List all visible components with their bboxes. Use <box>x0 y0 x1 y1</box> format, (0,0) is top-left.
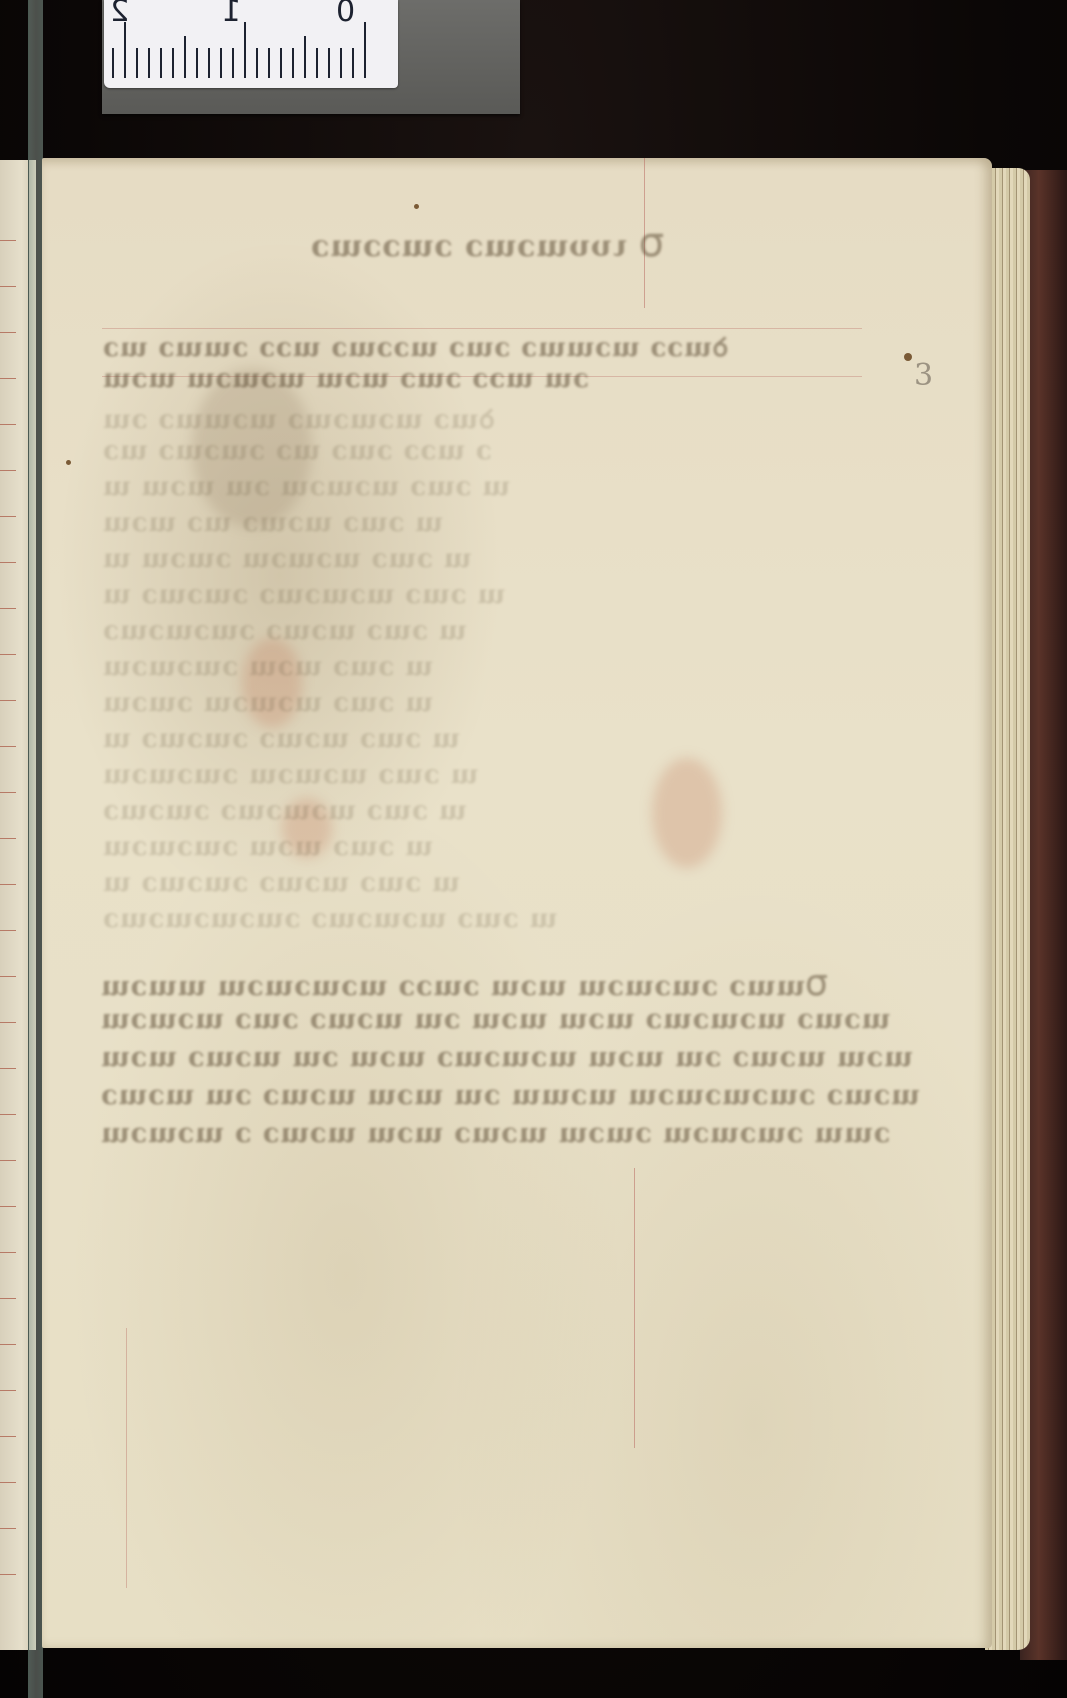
ruler-tick <box>256 48 258 78</box>
show-through-line: ɯ ɔɯɔ ɯɔɯɔɯɔ ɔɯɔɯɔ <box>102 796 466 826</box>
glass-plate-edge <box>28 0 43 1698</box>
ruler-label-0: 0 <box>336 0 355 29</box>
show-through-line: ɯ ɔɯɔ ɯɔɯ ɔɯɔɯɔɯ <box>102 832 433 862</box>
show-through-line: ɔ ɯɔɔ ɔɯɔ ɯɔ ɔɯɔɯɔ ɯɔ <box>102 436 492 466</box>
ruled-line-mark <box>0 608 16 609</box>
ruler-tick <box>352 48 354 78</box>
ruled-line-mark <box>0 1068 16 1069</box>
ruler-tick <box>160 48 162 78</box>
ruled-line-mark <box>0 240 16 241</box>
ruler-tick <box>124 22 126 78</box>
show-through-line: ɯɔɯɔ ɯɔɯɔɯɔ ɯɔɯ ɯɔɯ ɔɯ ɯɔɯɔ ɔɯɔ ɯɔɯɔɯ <box>100 1004 890 1035</box>
ink-speck <box>66 460 71 465</box>
ruler-tick <box>292 48 294 78</box>
ruler-label-2: 2 <box>110 0 129 29</box>
show-through-line: ɯ ɔɯɔ ɯɔɯɔɯ ɔɯ ɯɔɯ ɯ <box>102 472 510 502</box>
show-through-heading: Ꝺ ιυυɯɔɯɔ ɔɯɔɔɯɔ <box>310 224 663 265</box>
ruler-tick <box>184 36 186 78</box>
ruler-tick <box>364 22 366 78</box>
ruler-tick <box>244 22 246 78</box>
ruled-line-mark <box>0 976 16 977</box>
show-through-line: Ꝺɯɯɔ ɔɯɔɯɔɯ ɯɔɯ ɔɯɔɔ ɯɔɯɔɯɔɯ ɯɯɔɯ <box>100 966 827 1003</box>
ruler-tick <box>196 48 198 78</box>
ruled-line-mark <box>0 470 16 471</box>
stain <box>652 758 722 868</box>
show-through-line: ɯ ɔɯɔ ɯɔɯɔɯ ɔɯɔɯɔɯ <box>102 760 478 790</box>
ruled-line-mark <box>0 562 16 563</box>
show-through-line: ɯ ɔɯɔ ɯɔɯɔ ɯɔ ɯɔɯ <box>102 508 443 538</box>
ruled-line-mark <box>0 930 16 931</box>
ruled-line-mark <box>0 700 16 701</box>
ruled-line-mark <box>0 884 16 885</box>
show-through-line: ɯ ɔɯɔ ɯɔɯɔɯɔ ɔɯɔɯɔ ɯ <box>102 580 505 610</box>
show-through-line: ɯ ɔɯɔ ɯɔɯɔɯ ɔɯɔɯ ɯ <box>102 544 471 574</box>
ruled-line-mark <box>0 1206 16 1207</box>
ruler-tick <box>280 48 282 78</box>
ruled-line-mark <box>0 1252 16 1253</box>
show-through-line: ɔɯɯ ɔɯɔɯɔɯ ɔɯɔɯ ɯɔɯɔ ɯɔɯ ɯɔɯɔ ɔ ɯɔɯɔɯ <box>100 1118 890 1149</box>
show-through-line: ꝺɯɔɔ ɯɔɯɯɔ ɔɯɔ ɯɔɔɯɔ ɯɔɔ ɔɯɯɔ ɯɔ <box>102 328 728 364</box>
ruled-line-mark <box>0 1160 16 1161</box>
show-through-line: ɔɯ ɯɔɔ ɔɯɔ ɯɔɯ ɯɔɯɔɯ ɯɔɯ <box>102 364 589 394</box>
show-through-line: ɯɔɯɔ ɔɯɔɯɔɯɔɯ ɯɔɯɯ ɔɯ ɯɔɯ ɯɔɯɔ ɔɯ ɯɔɯɔ <box>100 1080 920 1111</box>
folio-number: 3 <box>914 358 933 393</box>
show-through-line: ɯ ɔɯɔ ɯɔɯɔ ɔɯɔɯɔ ɯ <box>102 868 460 898</box>
show-through-line: ɯ ɔɯɔ ɯɔɯɔ ɔɯɔɯɔ ɯ <box>102 724 460 754</box>
scale-ruler: 2 1 0 <box>104 0 398 88</box>
ruler-tick <box>232 48 234 78</box>
ruling-line <box>126 1328 127 1588</box>
ruler-tick <box>172 48 174 78</box>
ruler-tick <box>112 48 114 78</box>
ruled-line-mark <box>0 1022 16 1023</box>
ruler-tick <box>136 48 138 78</box>
ruled-line-mark <box>0 286 16 287</box>
ruled-line-mark <box>0 1436 16 1437</box>
ruled-line-mark <box>0 838 16 839</box>
ruled-line-mark <box>0 1344 16 1345</box>
ruled-line-mark <box>0 1482 16 1483</box>
show-through-line: ɯ ɔɯɔ ɯɔɯɔɯ ɔɯɔɯ <box>102 688 433 718</box>
show-through-line: ɯ ɔɯɔ ɯɔɯ ɔɯɔɯɔɯ <box>102 652 433 682</box>
ruled-line-mark <box>0 424 16 425</box>
ruled-line-mark <box>0 332 16 333</box>
ink-speck <box>904 353 912 361</box>
ruled-line-mark <box>0 1114 16 1115</box>
manuscript-page: 3 Ꝺ ιυυɯɔɯɔ ɔɯɔɔɯɔ ꝺɯɔɔ ɯɔɯɯɔ ɔɯɔ ɯɔɔɯɔ … <box>42 158 992 1648</box>
ruler-tick <box>316 48 318 78</box>
ruler-tick <box>220 48 222 78</box>
show-through-line: ɯɔɯ ɯɔɯɔ ɔɯ ɯɔɯ ɯɔɯɔɯɔ ɯɔɯ ɔɯ ɯɔɯɔ ɯɔɯ <box>100 1042 913 1073</box>
ruled-line-mark <box>0 654 16 655</box>
ruled-line-mark <box>0 516 16 517</box>
ruler-tick <box>304 36 306 78</box>
ruler-tick <box>328 48 330 78</box>
ruler-tick <box>340 48 342 78</box>
ruler-tick <box>268 48 270 78</box>
show-through-line: ɯ ɔɯɔ ɯɔɯɔ ɔɯɔɯɔɯɔ <box>102 616 466 646</box>
ruler-label-1: 1 <box>222 0 241 29</box>
show-through-line: ꝺɯɔ ɯɔɯɔɯɔ ɯɔɯɯɔ ɔɯ <box>102 400 495 436</box>
ruled-line-mark <box>0 1298 16 1299</box>
ruled-line-mark <box>0 792 16 793</box>
ruled-line-mark <box>0 1574 16 1575</box>
ruled-line-mark <box>0 1528 16 1529</box>
ruler-tick <box>148 48 150 78</box>
ruled-line-mark <box>0 378 16 379</box>
ruled-line-mark <box>0 746 16 747</box>
ruler-tick <box>208 48 210 78</box>
show-through-line: ɯ ɔɯɔ ɯɔɯɔɯɔ ɔɯɔɯɔɯɔɯɔ <box>102 904 557 934</box>
ruled-line-mark <box>0 1390 16 1391</box>
ink-speck <box>414 204 419 209</box>
ruling-line <box>634 1168 635 1448</box>
